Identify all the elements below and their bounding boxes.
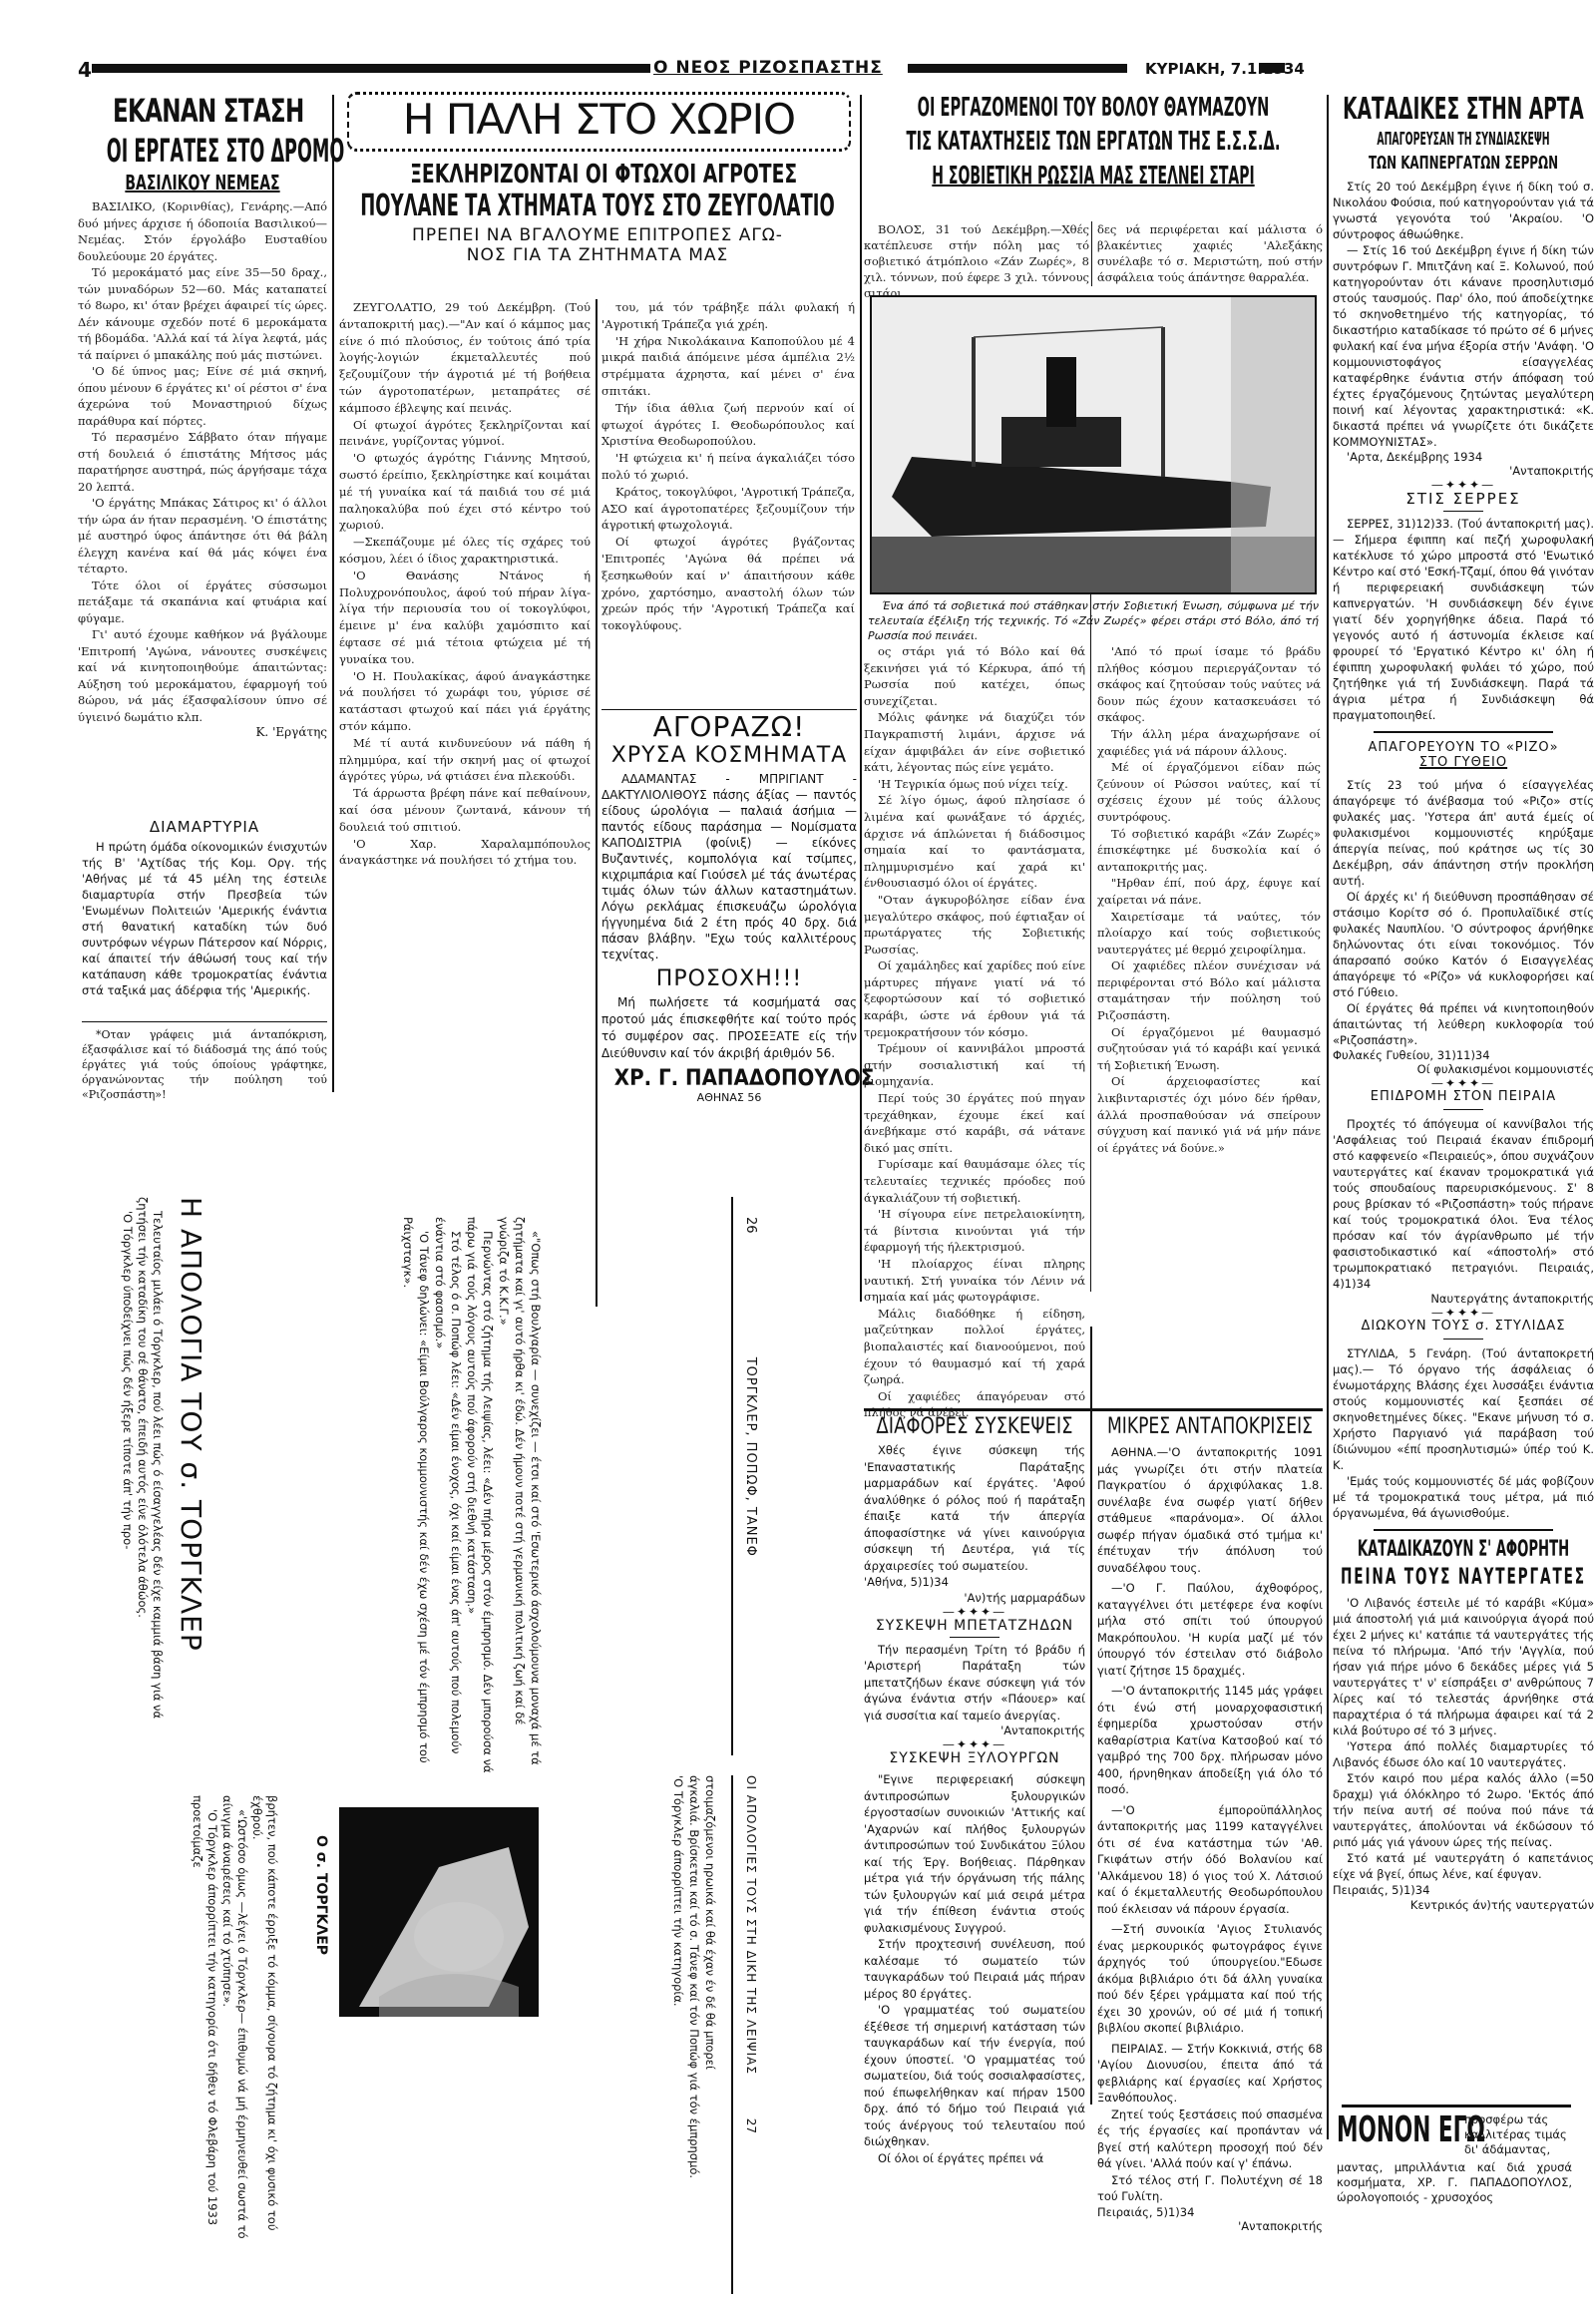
- paragraph: 'Ο Χαρ. Χαραλαμπόπουλος άναγκάστηκε νά π…: [339, 836, 591, 870]
- article-body: Η πρώτη όμάδα οίκονομικών ένισχυτών τής …: [82, 839, 327, 998]
- photo-caption: βρήτεν, πού κάποτε έρριξε τό κόμμα, σίγο…: [190, 1795, 279, 2274]
- divider: [1374, 731, 1553, 733]
- attention-title: ΠΡΟΣΟΧΗ!!!: [601, 968, 857, 990]
- running-head-27: ΟΙ ΑΠΟΛΟΓΙΕΣ ΤΟΥΣ ΣΤΗ ΔΙΚΗ ΤΗΣ ΛΕΙΨΙΑΣ 2…: [744, 1775, 758, 2294]
- subheadline: ΒΑΣΙΛΙΚΟΥ ΝΕΜΕΑΣ: [116, 173, 290, 192]
- paragraph: Τό περασμένο Σάββατο όταν πήγαμε στή δου…: [78, 429, 327, 495]
- photo-caption: Ένα άπό τά σοβιετικά πού στάθηκαν στήν Σ…: [868, 598, 1319, 643]
- subheadline: ΝΟΣ ΓΙΑ ΤΑ ΖΗΤΗΜΑΤΑ ΜΑΣ: [337, 247, 858, 264]
- paper-name: Ο ΝΕΟΣ ΡΙΖΟΣΠΑΣΤΗΣ: [653, 58, 883, 78]
- article-body: ΣΕΡΡΕΣ, 31)12)33. (Τού άνταποκριτή μας).…: [1333, 516, 1594, 723]
- subheadline: ΞΕΚΛΗΡΙΖΟΝΤΑΙ ΟΙ ΦΤΩΧΟΙ ΑΓΡΟΤΕΣ: [410, 162, 785, 188]
- trial-column-27: στοιμαζόμενοι ηρωικά καί θά έχαν έν δέ θ…: [670, 1775, 718, 2294]
- paragraph: 'Ο Θανάσης Ντάνος ή Πολυχρονόπουλος, άφο…: [339, 568, 591, 668]
- divider: [1443, 1109, 1483, 1110]
- column-rule: [332, 95, 334, 1092]
- article-protest: ΔΙΑΜΑΡΤΥΡΙΑ Η πρώτη όμάδα οίκονομικών έν…: [82, 820, 327, 998]
- paragraph: Κράτος, τοκογλύφοι, 'Αγροτική Τράπεζα, Α…: [601, 484, 855, 534]
- paragraph: Τό μεροκάματό μας είνε 35—50 δραχ., τών …: [78, 264, 327, 363]
- paragraph: Οί άρχές κι' ή διεύθυνση προσπάθησαν σέ …: [1333, 889, 1594, 1000]
- signature: Κ. 'Εργάτης: [78, 725, 327, 739]
- paragraph: Τελευταίος μιλάει ό Τόργκλερ, πού λέει π…: [135, 1197, 165, 1735]
- column-rule: [1327, 95, 1329, 2139]
- signature: 'Ανταποκριτής: [1333, 464, 1594, 478]
- subheadline: ΕΠΙΔΡΟΜΗ ΣΤΟΝ ΠΕΙΡΑΙΑ: [1333, 1090, 1594, 1103]
- column-rule: [731, 1775, 733, 2294]
- ad-subtitle: ΧΡΥΣΑ ΚΟΣΜΗΜΑΤΑ: [601, 745, 857, 767]
- ornament-divider: —✦✦✦—: [864, 1737, 1085, 1751]
- paragraph: Στήν προχτεσινή συνέλευση, πού καλέσαμε …: [864, 1936, 1085, 2002]
- headline: ΜΙΚΡΕΣ ΑΝΤΑΠΟΚΡΙΣΕΙΣ: [1091, 1416, 1330, 1438]
- paragraph: βρήτεν, πού κάποτε έρριξε τό κόμμα, σίγο…: [249, 1795, 279, 2274]
- article-body: Χθές έγινε σύσκεψη τής 'Επαναστατικής Πα…: [864, 1442, 1085, 1591]
- headline: ΠΕΙΝΑ ΤΟΥΣ ΝΑΥΤΕΡΓΑΤΕΣ: [1333, 1567, 1594, 1589]
- signature: 'Αν)τής μαρμαράδων: [864, 1591, 1085, 1605]
- headline: ΟΙ ΕΡΓΑΤΕΣ ΣΤΟ ΔΡΟΜΟ: [107, 135, 299, 167]
- subheadline: ΣΤΟ ΓΥΘΕΙΟ: [1333, 756, 1594, 769]
- paragraph: Οί έργαζόμενοι μέ θαυμασμό συζητούσαν γι…: [1097, 1024, 1321, 1074]
- trial-column-26: «"Οπως στή Βουλγαρία — συνεχίζει — έτσι …: [400, 1217, 544, 1775]
- subheadline: ΠΡΕΠΕΙ ΝΑ ΒΓΑΛΟΥΜΕ ΕΠΙΤΡΟΠΕΣ ΑΓΩ-: [337, 227, 858, 244]
- article-body: ΑΘΗΝΑ.—'Ο άνταποκριτής 1091 μάς γνωρίζει…: [1097, 1444, 1323, 2205]
- paragraph: ΑΘΗΝΑ.—'Ο άνταποκριτής 1091 μάς γνωρίζει…: [1097, 1444, 1323, 1576]
- paragraph: Οί χαφιέδες πλέον συνέχισαν νά περιφέρον…: [1097, 957, 1321, 1023]
- paragraph: 'Ο Λιβανός έστειλε μέ τό καράβι «Κύμα» μ…: [1333, 1595, 1594, 1738]
- masthead-block: [1259, 63, 1285, 73]
- paragraph: Οί φτωχοί άγρότες ξεκληρίζονται καί πειν…: [339, 417, 591, 451]
- caption-label: Ο σ. ΤΟΡΓΚΛΕΡ: [313, 1835, 329, 1955]
- headline: ΔΙΑΜΑΡΤΥΡΙΑ: [82, 820, 327, 835]
- article-zevgolatio: ΞΕΚΛΗΡΙΖΟΝΤΑΙ ΟΙ ΦΤΩΧΟΙ ΑΓΡΟΤΕΣ ΠΟΥΛΑΝΕ …: [337, 162, 858, 264]
- paragraph: Περί τούς 30 έργάτες πού πηγαν τρεχάθηκα…: [864, 1090, 1085, 1156]
- paragraph: 'Ο έργάτης Μπάκας Σάτιρος κι' ό άλλοι τή…: [78, 495, 327, 577]
- ad-owner: ΧΡ. Γ. ΠΑΠΑΔΟΠΟΥΛΟΣ: [614, 1068, 844, 1090]
- subheadline: ΔΙΩΚΟΥΝ ΤΟΥΣ σ. ΣΤΥΛΙΔΑΣ: [1333, 1320, 1594, 1333]
- subheadline: ΣΥΣΚΕΨΗ ΜΠΕΤΑΤΖΗΔΩΝ: [864, 1619, 1085, 1633]
- paragraph: «"Οπως στή Βουλγαρία — συνεχίζει — έτσι …: [496, 1217, 544, 1775]
- paragraph: 'Η πλοίαρχος έίναι πληρης ναυτική. Στή γ…: [864, 1256, 1085, 1306]
- subheadline: ΑΠΑΓΟΡΕΥΣΑΝ ΤΗ ΣΥΝΔΙΑΣΚΕΨΗ: [1344, 131, 1583, 149]
- paragraph: άγκαλιά. Βρίσκεται καί τό σ. Τάνεφ καί τ…: [686, 1775, 702, 2294]
- column-rule: [1090, 1327, 1092, 2105]
- paragraph: Οί χαμάληδες καί χαρίδες πού είνε μάρτυρ…: [864, 957, 1085, 1040]
- place-date: 'Αρτα, Δεκέμβρης 1934: [1333, 450, 1594, 464]
- main-headline: Η ΠΑΛΗ ΣΤΟ ΧΩΡΙΟ: [349, 99, 849, 141]
- article-body-right: 'Από τό πρωί ίσαμε τό βράδυ πλήθος κόσμο…: [1097, 643, 1321, 1156]
- paragraph: του, μά τόν τράβηξε πάλι φυλακή ή 'Αγροτ…: [601, 299, 855, 333]
- paragraph: Τότε όλοι οί έργάτες σύσσωμοι πετάξαμε τ…: [78, 577, 327, 627]
- ad-border: [1342, 2105, 1571, 2107]
- signature: Ναυτεργάτης άνταποκριτής: [1333, 1292, 1594, 1306]
- paragraph: Ζητεί τούς ξεστάσεις πού σπασμένα ές τής…: [1097, 2106, 1323, 2172]
- paragraph: —Σκεπάζουμε μέ όλες τίς σχάρες τού κόσμο…: [339, 534, 591, 568]
- steamship-image: [872, 297, 1317, 594]
- paragraph: —Στή συνοικία 'Αγιος Στυλιανός ένας μερκ…: [1097, 1921, 1323, 2037]
- paragraph: ΠΕΙΡΑΙΑΣ. — Στήν Κοκκινιά, στής 68 'Αγίο…: [1097, 2041, 1323, 2106]
- subheadline: ΤΩΝ ΚΑΠΝΕΡΓΑΤΩΝ ΣΕΡΡΩΝ: [1338, 155, 1589, 173]
- article-body: ΣΤΥΛΙΔΑ, 5 Γενάρη. (Τού άνταποκρετή μας)…: [1333, 1345, 1594, 1521]
- torgler-body: Τελευταίος μιλάει ό Τόργκλερ, πού λέει π…: [120, 1197, 165, 1735]
- signature: 'Ανταποκριτής: [864, 1723, 1085, 1737]
- ad-border: [601, 709, 857, 710]
- photo-label: Ο σ. ΤΟΡΓΚΛΕΡ: [313, 1835, 329, 1955]
- paragraph: Τήν ίδια άθλια ζωή περνούν καί οί φτωχοί…: [601, 400, 855, 450]
- article-body: 'Ο Λιβανός έστειλε μέ τό καράβι «Κύμα» μ…: [1333, 1595, 1594, 1898]
- paragraph: "Οταν άγκυροβόλησε είδαν ένα μεγαλύτερο …: [864, 892, 1085, 957]
- headline: Η ΣΟΒΙΕΤΙΚΗ ΡΩΣΣΙΑ ΜΑΣ ΣΤΕΛΝΕΙ ΣΤΑΡΙ: [864, 163, 1322, 188]
- paragraph: 'Η φτώχεια κι' ή πείνα άγκαλιάζει τόσο π…: [601, 450, 855, 484]
- subheadline: ΑΠΑΓΟΡΕΥΟΥΝ ΤΟ «ΡΙΖΟ»: [1333, 741, 1594, 754]
- paragraph: Μόλις φάνηκε νά διαχύζει τόν Παγκραπιστή…: [864, 709, 1085, 775]
- divider: [1374, 1529, 1553, 1531]
- running-head: ΟΙ ΑΠΟΛΟΓΙΕΣ ΤΟΥΣ ΣΤΗ ΔΙΚΗ ΤΗΣ ΛΕΙΨΙΑΣ: [744, 1775, 758, 2075]
- signature: Οί φυλακισμένοι κομμουνιστές: [1333, 1062, 1594, 1076]
- paragraph: Στίς 23 τού μήνα ό είσαγγελέας άπαγόρεψε…: [1333, 777, 1594, 889]
- ad-text: ΑΔΑΜΑΝΤΑΣ - ΜΠΡΙΓΙΑΝΤ - ΔΑΚΤΥΛΙΟΛΙΘΟΥΣ π…: [601, 771, 857, 962]
- attention-text: Μή πωλήσετε τά κοσμήματά σας προτού μάς …: [601, 994, 857, 1062]
- paragraph: —'Ο έμποροϋπάλληλος άνταποκριτής μας 119…: [1097, 1802, 1323, 1918]
- ad-title: ΜΟΝΟΝ ΕΓΩ: [1337, 2112, 1408, 2148]
- running-head-26: 26 ΤΟΡΓΚΛΕΡ, ΠΟΠΩΦ, ΤΑΝΕΦ: [743, 1217, 758, 1775]
- paragraph: 'Ο Τόργκλερ άπορρίπτει τήν κατηγορία.: [670, 1775, 686, 2294]
- torgler-headline: Η ΑΠΟΛΟΓΙΑ ΤΟΥ σ. ΤΟΡΓΚΛΕΡ: [177, 1197, 204, 1735]
- paragraph: ος στάρι γιά τό Βόλο καί θά ξεκινήσει γι…: [864, 643, 1085, 709]
- subheadline: ΣΥΣΚΕΨΗ ΞΥΛΟΥΡΓΩΝ: [864, 1751, 1085, 1765]
- ornament-divider: —✦✦✦—: [864, 1605, 1085, 1619]
- place-date: Πειραιάς, 5)1)34: [1097, 2205, 1323, 2219]
- ad-address: ΑΘΗΝΑΣ 56: [601, 1092, 857, 1103]
- article-body: "Εγινε περιφερειακή σύσκεψη άντιπροσώπων…: [864, 1771, 1085, 2166]
- headline: ΔΙΑΦΟΡΕΣ ΣΥΣΚΕΨΕΙΣ: [859, 1416, 1089, 1438]
- paragraph: ΣΤΥΛΙΔΑ, 5 Γενάρη. (Τού άνταποκρετή μας)…: [1333, 1345, 1594, 1473]
- running-head: ΤΟΡΓΚΛΕΡ, ΠΟΠΩΦ, ΤΑΝΕΦ: [743, 1357, 758, 1557]
- headline: ΕΚΑΝΑΝ ΣΤΑΣΗ: [113, 95, 292, 127]
- paragraph: Μάλις διαδόθηκε ή είδηση, μαζεύτηκαν πολ…: [864, 1306, 1085, 1388]
- ornament-divider: —✦✦✦—: [1333, 1306, 1594, 1320]
- article-short-reports: ΜΙΚΡΕΣ ΑΝΤΑΠΟΚΡΙΣΕΙΣ ΑΘΗΝΑ.—'Ο άνταποκρι…: [1097, 1416, 1323, 2233]
- paragraph: 'Ο Η. Πουλακίκας, άφού άναγκάστηκε νά πο…: [339, 668, 591, 735]
- page-number: 4: [78, 58, 92, 82]
- ornament-divider: —✦✦✦—: [1333, 1076, 1594, 1090]
- subheadline: ΠΟΥΛΑΝΕ ΤΑ ΧΤΗΜΑΤΑ ΤΟΥΣ ΣΤΟ ΖΕΥΓΟΛΑΤΙΟ: [333, 191, 861, 221]
- paragraph: 'Ο φτωχός άγρότης Γιάννης Μητσού, σωστό …: [339, 450, 591, 534]
- paragraph: Στίς 20 τού Δεκέμβρη έγινε ή δίκη τού σ.…: [1333, 179, 1594, 242]
- masthead-rule-right: [908, 64, 1127, 73]
- paragraph: Τήν άλλη μέρα άναχωρήσανε οί χαφιέδες γι…: [1097, 726, 1321, 759]
- signature: 'Ανταποκριτής: [1097, 2219, 1323, 2233]
- paragraph: Οί φτωχοί άγρότες βγάζοντας 'Επιτροπές '…: [601, 534, 855, 634]
- page-number: 26: [743, 1217, 758, 1234]
- paragraph: Στό τέλος στή Γ. Πολυτέχνη σέ 18 τού Γυλ…: [1097, 2172, 1323, 2205]
- paragraph: "Εγινε περιφερειακή σύσκεψη άντιπροσώπων…: [864, 1771, 1085, 1936]
- paragraph: —'Ο Γ. Παύλου, άχθοφόρος, καταγγέλνει ότ…: [1097, 1580, 1323, 1679]
- masthead-rule-left: [92, 64, 650, 73]
- article-meetings: ΔΙΑΦΟΡΕΣ ΣΥΣΚΕΨΕΙΣ Χθές έγινε σύσκεψη τή…: [864, 1416, 1085, 2166]
- article-body: Προχτές τό άπόγευμα οί καννίβαλοι τής 'Α…: [1333, 1116, 1594, 1292]
- paragraph: ΖΕΥΓΟΛΑΤΙΟ, 29 τού Δεκέμβρη. (Τού άνταπο…: [339, 299, 591, 417]
- paragraph: Οί άρχειοφασίστες καί λικβινταριστές όχι…: [1097, 1073, 1321, 1156]
- headline-text: Η ΑΠΟΛΟΓΙΑ ΤΟΥ σ. ΤΟΡΓΚΛΕΡ: [175, 1197, 207, 1652]
- article-body: Στίς 20 τού Δεκέμβρη έγινε ή δίκη τού σ.…: [1333, 179, 1594, 450]
- signature: Κεντρικός άν)τής ναυτεργατών: [1333, 1898, 1594, 1912]
- paragraph: 'Η Τεγρικία όμως πού νίχει τείχ.: [864, 776, 1085, 793]
- paragraph: 'Εμάς τούς κομμουνιστές δέ μάς φοβίζουν …: [1333, 1473, 1594, 1521]
- paragraph: Τρέμουν οί καννιβάλοι μπροστά στήν σοσια…: [864, 1040, 1085, 1090]
- paragraph: 'Αθήνα, 5)1)34: [864, 1574, 1085, 1591]
- masthead: 4 Ο ΝΕΟΣ ΡΙΖΟΣΠΑΣΤΗΣ ΚΥΡΙΑΚΗ, 7.1.1934: [0, 58, 1596, 80]
- article-body-left: ΖΕΥΓΟΛΑΤΙΟ, 29 τού Δεκέμβρη. (Τού άνταπο…: [339, 299, 591, 869]
- jewelry-ad: ΑΓΟΡΑΖΩ! ΧΡΥΣΑ ΚΟΣΜΗΜΑΤΑ ΑΔΑΜΑΝΤΑΣ - ΜΠΡ…: [601, 713, 857, 1103]
- paragraph: Τά άρρωστα βρέφη πάνε καί πεθαίνουν, καί…: [339, 785, 591, 835]
- paragraph: Μέ οί έργαζόμενοι είδαν πώς ζεύνουν οί Ρ…: [1097, 759, 1321, 825]
- paragraph: Πειραιάς, 5)1)34: [1333, 1882, 1594, 1898]
- section-divider: [82, 1021, 327, 1022]
- article-body: ΒΑΣΙΛΙΚΟ, (Κορινθίας), Γενάρης.—Από δυό …: [78, 198, 327, 725]
- column-rule: [731, 1197, 733, 1755]
- ship-photo: [870, 295, 1317, 594]
- paragraph: Σέ λίγο όμως, άφού πλησίασε ό λιμένα καί…: [864, 792, 1085, 892]
- paragraph: Στό κατά μέ ναυτεργάτη ό καπετάνιος είχε…: [1333, 1850, 1594, 1882]
- headline: ΚΑΤΑΔΙΚΕΣ ΣΤΗΝ ΑΡΤΑ: [1333, 95, 1594, 125]
- ad-title: ΑΓΟΡΑΖΩ!: [601, 713, 857, 741]
- subheadline: ΣΤΙΣ ΣΕΡΡΕΣ: [1333, 492, 1594, 507]
- rotated-section: Η ΑΠΟΛΟΓΙΑ ΤΟΥ σ. ΤΟΡΓΚΛΕΡ Τελευταίος μι…: [0, 1197, 858, 2298]
- paragraph: "Ηρθαν έπί, πού άρχ, έφυγε καί χαίρεται …: [1097, 875, 1321, 908]
- lead-right: δες νά περιφέρεται καί μάλιστα ό βλακέντ…: [1097, 221, 1323, 285]
- note-box: *Οταν γράφεις μιά άνταπόκριση, έξασφάλισ…: [82, 1027, 327, 1102]
- paragraph: 'Ο Τόργκλερ ύποδείχνει πώς δέν ήξερε τίπ…: [120, 1197, 135, 1735]
- ad-side-text: προσφέρω τάς καλλιτέρας τιμάς δι' άδάμαν…: [1464, 2112, 1572, 2157]
- column-rule: [860, 95, 862, 1302]
- paragraph: στοιμαζόμενοι ηρωικά καί θά έχαν έν δέ θ…: [702, 1775, 718, 2294]
- paragraph: Οί έργάτες θά πρέπει νά κινητοποιηθούν ά…: [1333, 1000, 1594, 1048]
- section-divider: [864, 1408, 1323, 1411]
- headline: ΤΙΣ ΚΑΤΑΧΤΗΣΕΙΣ ΤΩΝ ΕΡΓΑΤΩΝ ΤΗΣ Ε.Σ.Σ.Δ.: [860, 129, 1326, 155]
- paragraph: 'Υστερα άπό πολλές διαμαρτυρίες τό Λιβαν…: [1333, 1738, 1594, 1770]
- page-number: 27: [744, 2118, 758, 2133]
- column-rule: [1091, 221, 1092, 286]
- paragraph: Τό σοβιετικό καράβι «Ζάν Ζωρές» έπισκέφτ…: [1097, 826, 1321, 876]
- paragraph: «'Ωστόσο όμως —λέγει ό Τόργκλερ— έπιθυμώ…: [219, 1795, 249, 2274]
- ad-text: μαντας, μπριλλάντια καί διά χρυσά κοσμήμ…: [1337, 2160, 1572, 2205]
- divider: [1443, 511, 1483, 512]
- article-arta: ΚΑΤΑΔΙΚΕΣ ΣΤΗΝ ΑΡΤΑ ΑΠΑΓΟΡΕΥΣΑΝ ΤΗ ΣΥΝΔΙ…: [1333, 95, 1594, 1912]
- divider: [950, 1637, 999, 1638]
- paragraph: 'Η σίγουρα είνε πετρελαιοκίνητη, τά βίντ…: [864, 1206, 1085, 1256]
- article-vasiliko: ΕΚΑΝΑΝ ΣΤΑΣΗ ΟΙ ΕΡΓΑΤΕΣ ΣΤΟ ΔΡΟΜΟ ΒΑΣΙΛΙ…: [78, 95, 327, 739]
- paragraph: Χαιρετίσαμε τά ναύτες, τόν πλοίαρχο καί …: [1097, 909, 1321, 958]
- paragraph: Γυρίσαμε καί θαυμάσαμε όλες τίς τελευταί…: [864, 1156, 1085, 1206]
- paragraph: Περνώντας στό ζήτημα τής Λειψίας, λέει: …: [464, 1217, 496, 1775]
- paragraph: Μέ τί αυτά κινδυνεύουν νά πάθη ή πλημμύρ…: [339, 735, 591, 785]
- portrait-image: [339, 1807, 539, 2017]
- headline: ΟΙ ΕΡΓΑΖΟΜΕΝΟΙ ΤΟΥ ΒΟΛΟΥ ΘΑΥΜΑΖΟΥΝ: [864, 95, 1322, 121]
- paragraph: 'Ο Τάνεφ δηλώνει: «Είμαι Βούλγαρος κομμο…: [400, 1217, 432, 1775]
- torgler-photo: [339, 1807, 539, 2017]
- paragraph: 'Η χήρα Νικολάκαινα Καποπούλου μέ 4 μικρ…: [601, 333, 855, 400]
- column-rule: [596, 299, 598, 1307]
- article-body: Τήν περασμένη Τρίτη τό βράδυ ή 'Αριστερή…: [864, 1642, 1085, 1724]
- paragraph: ΒΑΣΙΛΙΚΟ, (Κορινθίας), Γενάρης.—Από δυό …: [78, 198, 327, 264]
- paragraph: 'Ο Τόργκλερ άπορρίπτει τήν κατηγορία ότι…: [190, 1795, 219, 2274]
- paragraph: 'Ο γραμματέας τού σωματείου έξέθεσε τή σ…: [864, 2002, 1085, 2150]
- article-body-left: ος στάρι γιά τό Βόλο καί θά ξεκινήσει γι…: [864, 643, 1085, 1421]
- paragraph: 'Ο δέ ύπνος μας; Είνε σέ μιά σκηνή, όπου…: [78, 363, 327, 429]
- article-body-right: του, μά τόν τράβηξε πάλι φυλακή ή 'Αγροτ…: [601, 299, 855, 634]
- paragraph: — Στίς 16 τού Δεκέμβρη έγινε ή δίκη τών …: [1333, 242, 1594, 450]
- article-body: Στίς 23 τού μήνα ό είσαγγελέας άπαγόρεψε…: [1333, 777, 1594, 1048]
- headline: ΚΑΤΑΔΙΚΑΖΟΥΝ Σ' ΑΦΟΡΗΤΗ: [1337, 1539, 1589, 1561]
- paragraph: Γι' αυτό έχουμε καθήκον νά βγάλουμε 'Επι…: [78, 626, 327, 725]
- main-headline-box: Η ΠΑΛΗ ΣΤΟ ΧΩΡΙΟ: [347, 92, 851, 152]
- paragraph: Χθές έγινε σύσκεψη τής 'Επαναστατικής Πα…: [864, 1442, 1085, 1574]
- divider: [1443, 1339, 1483, 1340]
- lead-left: ΒΟΛΟΣ, 31 τού Δεκέμβρη.—Χθές κατέπλευσε …: [864, 221, 1089, 301]
- paragraph: 'Από τό πρωί ίσαμε τό βράδυ πλήθος κόσμο…: [1097, 643, 1321, 726]
- paragraph: Στόν καιρό που μέρα καλός άλλο (=50 δραχ…: [1333, 1770, 1594, 1850]
- paragraph: Στό τέλος ό σ. Ποπώφ λέει: «Δέν είμαι έν…: [432, 1217, 464, 1775]
- paragraph: —'Ο άνταποκριτής 1145 μάς γράφει ότι ένώ…: [1097, 1683, 1323, 1798]
- article-volos: ΟΙ ΕΡΓΑΖΟΜΕΝΟΙ ΤΟΥ ΒΟΛΟΥ ΘΑΥΜΑΖΟΥΝ ΤΙΣ Κ…: [864, 95, 1323, 188]
- place-date: Φυλακές Γυθείου, 31)11)34: [1333, 1048, 1594, 1062]
- paragraph: Οί όλοι οί έργάτες πρέπει νά: [864, 2150, 1085, 2167]
